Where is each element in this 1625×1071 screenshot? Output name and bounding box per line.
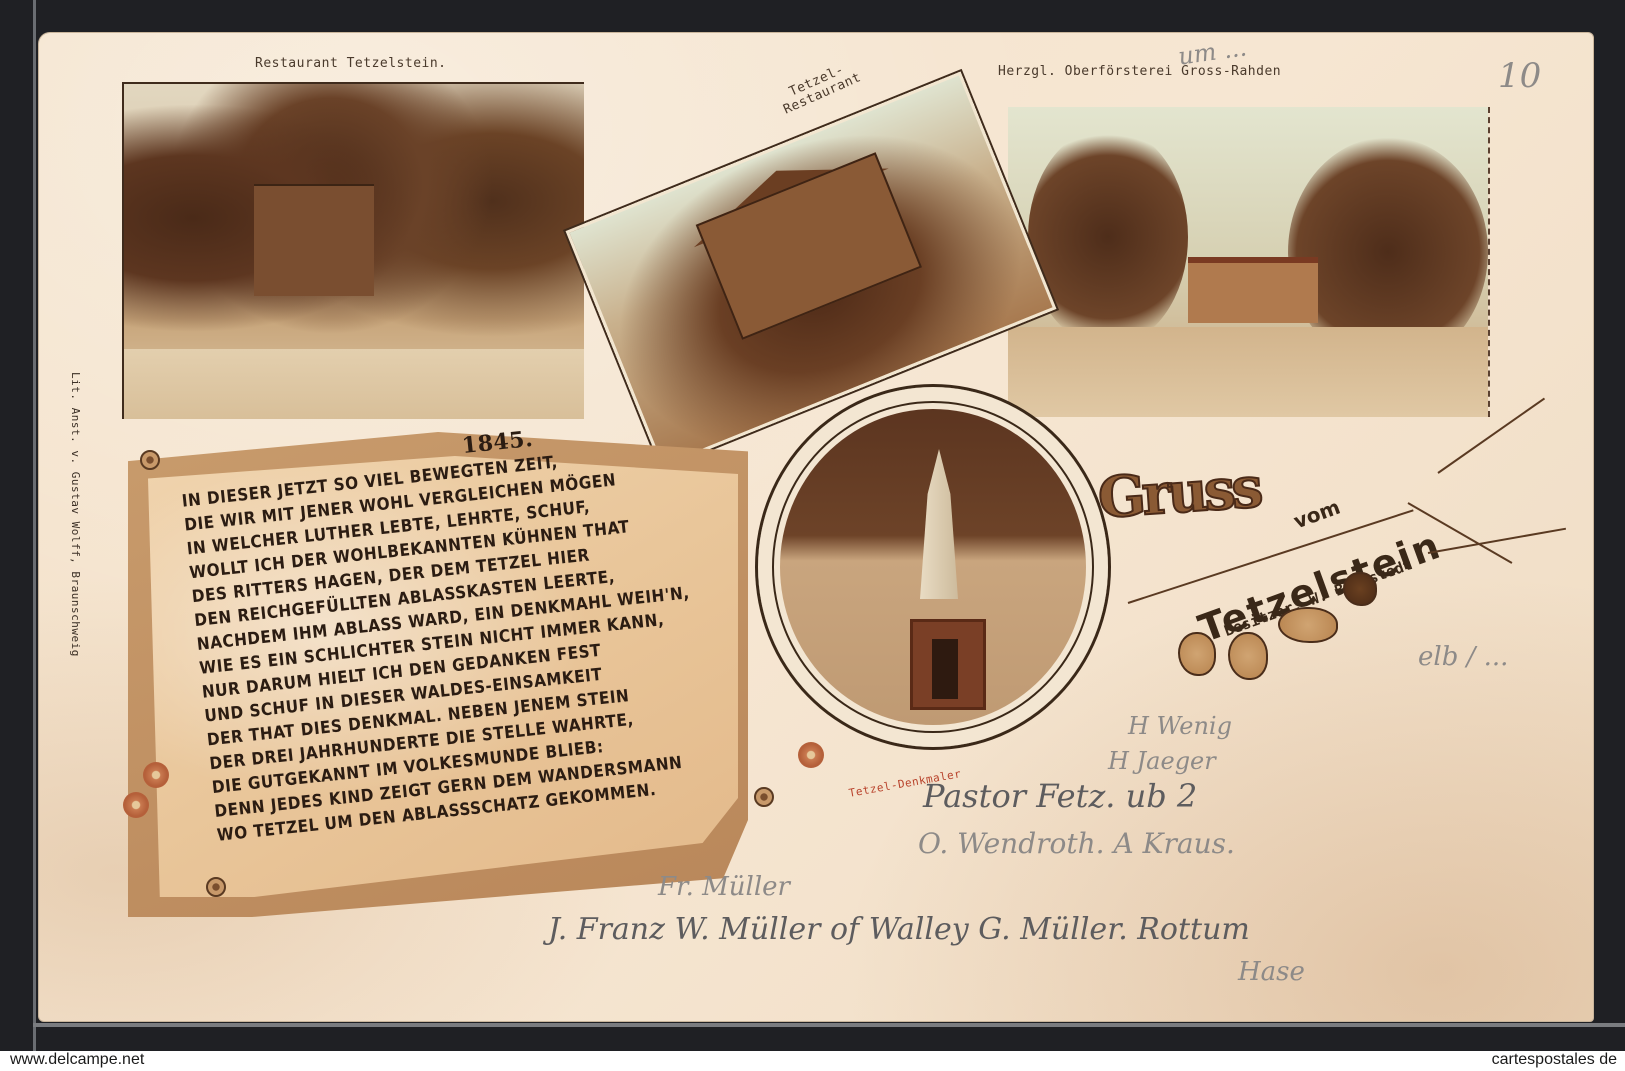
fern-spray	[1428, 528, 1566, 554]
forester-house	[1188, 257, 1318, 323]
watermark-delcampe: www.delcampe.net	[10, 1051, 144, 1069]
handwriting: H Jaeger	[1108, 747, 1216, 775]
monument-door	[932, 639, 958, 699]
oberfoersterei-ground	[1008, 327, 1488, 417]
tree-left	[1028, 127, 1188, 347]
rosette-icon	[140, 450, 160, 470]
backdrop-edge-left	[33, 0, 36, 1051]
oak-leaf-icon	[1178, 632, 1216, 676]
oak-leaf-icon	[1228, 632, 1268, 680]
poem-text: 1845. IN DIESER JETZT SO VIEL BEWEGTEN Z…	[178, 405, 775, 847]
flower-icon	[798, 742, 824, 768]
handwriting: J. Franz W. Müller of Walley G. Müller. …	[548, 912, 1250, 947]
backdrop-edge-bottom	[33, 1023, 1625, 1027]
handwriting: 10	[1498, 56, 1541, 96]
flower-icon	[143, 762, 169, 788]
rosette-icon	[206, 877, 226, 897]
tetzel-restaurant-building	[696, 152, 922, 340]
vignette-restaurant-tetzelstein	[122, 82, 584, 419]
title-gruss: Gruss	[1096, 454, 1261, 531]
title-vom: vom	[1290, 495, 1343, 534]
medallion-scene	[780, 409, 1086, 725]
postcard: Restaurant Tetzelstein. Herzgl. Oberförs…	[38, 32, 1594, 1022]
handwriting: Fr. Müller	[658, 872, 790, 902]
medallion-tetzel-denkmal	[758, 387, 1108, 747]
handwriting: Hase	[1238, 957, 1305, 987]
handwriting-pastor: Pastor Fetz. ub 2	[923, 777, 1197, 815]
restaurant-ground	[124, 349, 584, 419]
printer-credit: Lit. Anst. v. Gustav Wolff, Braunschweig	[69, 372, 82, 657]
flower-icon	[123, 792, 149, 818]
caption-oberfoersterei: Herzgl. Oberförsterei Gross-Rahden	[998, 64, 1281, 79]
vignette-oberfoersterei	[1008, 107, 1490, 417]
caption-restaurant-tetzelstein: Restaurant Tetzelstein.	[255, 56, 447, 71]
watermark-cartespostales: cartespostales de	[1492, 1051, 1617, 1069]
handwriting: elb / ...	[1418, 642, 1508, 672]
handwriting: O. Wendroth. A Kraus.	[918, 827, 1235, 860]
handwriting: H Wenig	[1128, 712, 1232, 740]
acorn-cluster-icon	[1343, 572, 1377, 606]
oak-leaf-icon	[1278, 607, 1338, 643]
caption-tetzel-restaurant: Tetzel- Restaurant	[776, 58, 863, 117]
restaurant-building	[254, 184, 374, 296]
obelisk	[920, 449, 958, 599]
